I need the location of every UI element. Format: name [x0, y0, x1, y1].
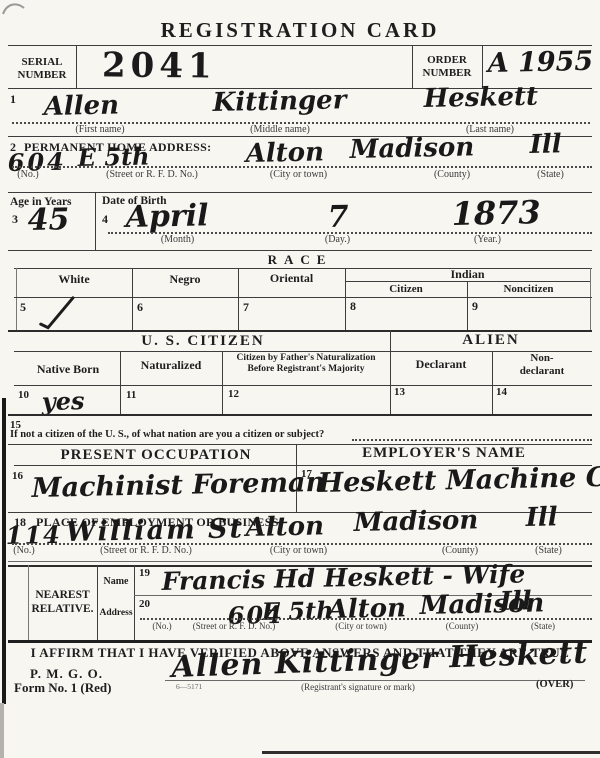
home-city-label: (City or town)	[246, 169, 351, 180]
naturalized-header: Naturalized	[120, 358, 222, 373]
race-negro-header: Negro	[132, 272, 238, 287]
print-code: 6—5171	[176, 682, 202, 691]
home-county-label: (County)	[412, 169, 492, 180]
employment-city-label: (City or town)	[246, 545, 351, 556]
white-checkmark	[35, 295, 79, 332]
line3-number: 3	[12, 212, 18, 227]
scan-edge-artifact-left-lower	[0, 703, 4, 758]
age-value: 45	[27, 202, 69, 238]
us-citizen-header: U. S. CITIZEN	[16, 333, 390, 350]
first-name-value: Allen	[43, 90, 119, 122]
employment-state-label: (State)	[516, 545, 581, 556]
citizen-cell13-number: 13	[394, 386, 405, 398]
race-cell7-number: 7	[243, 300, 249, 315]
employers-name-header: EMPLOYER'S NAME	[296, 445, 592, 462]
line20-number: 20	[139, 598, 150, 610]
race-indian-header: Indian	[345, 267, 590, 282]
rule	[412, 46, 413, 88]
order-number-value: A 1955	[487, 46, 593, 79]
rule	[14, 297, 592, 298]
non-declarant-header: Non-declarant	[510, 352, 574, 377]
dob-month-value: April	[125, 198, 209, 235]
rule	[14, 351, 592, 352]
rule	[8, 250, 592, 251]
line17-number: 17	[301, 468, 312, 480]
relative-city-label: (City or town)	[326, 621, 396, 631]
relative-address-label: Address	[96, 608, 136, 618]
line19-number: 19	[139, 567, 150, 579]
middle-name-label: (Middle name)	[225, 124, 335, 135]
father-naturalization-header: Citizen by Father's Naturalization Befor…	[224, 353, 388, 376]
home-address-state: Ill	[529, 129, 562, 160]
relative-name-label: Name	[98, 576, 134, 587]
employment-no-label: (No.)	[0, 545, 48, 556]
rule	[222, 351, 223, 414]
relative-state: Ill	[499, 586, 532, 617]
rule	[12, 166, 592, 168]
race-cell9-number: 9	[472, 299, 478, 314]
race-cell5-number: 5	[20, 300, 26, 315]
rule	[134, 565, 135, 640]
race-oriental-header: Oriental	[238, 271, 345, 286]
dob-year-value: 1873	[451, 193, 541, 233]
citizen-cell12-number: 12	[228, 388, 239, 400]
employment-city: Alton	[245, 511, 324, 543]
employment-state: Ill	[525, 502, 558, 533]
rule	[8, 45, 592, 46]
line1-number: 1	[10, 92, 16, 107]
home-address-county: Madison	[349, 132, 474, 165]
first-name-label: (First name)	[50, 124, 150, 135]
race-indian-noncitizen-header: Noncitizen	[467, 283, 590, 295]
race-indian-citizen-header: Citizen	[345, 283, 467, 295]
home-no-label: (No.)	[4, 169, 52, 180]
rule	[390, 330, 391, 414]
relative-county-label: (County)	[436, 621, 488, 631]
native-born-header: Native Born	[16, 362, 120, 377]
dob-month-label: (Month)	[135, 234, 220, 245]
occupation-value: Machinist Foreman	[31, 467, 325, 504]
employment-county-label: (County)	[420, 545, 500, 556]
serial-number-stamp: 2041	[102, 45, 217, 86]
home-address-city: Alton	[245, 137, 324, 169]
line16-number: 16	[12, 470, 23, 482]
present-occupation-header: PRESENT OCCUPATION	[16, 447, 296, 464]
race-cell6-number: 6	[137, 300, 143, 315]
rule	[140, 618, 592, 620]
native-born-value: yes	[41, 386, 84, 416]
employment-county: Madison	[353, 505, 478, 538]
employment-street-label: (Street or R. F. D. No.)	[66, 545, 226, 556]
home-street-label: (Street or R. F. D. No.)	[72, 169, 232, 180]
citizen-cell14-number: 14	[496, 386, 507, 398]
form-name: Form No. 1 (Red)	[14, 680, 111, 696]
rule	[8, 414, 592, 416]
citizen-cell10-number: 10	[18, 389, 29, 401]
serial-number-label: SERIAL NUMBER	[10, 56, 74, 81]
card-title: REGISTRATION CARD	[0, 18, 600, 43]
order-number-label: ORDER NUMBER	[414, 54, 480, 79]
rule	[95, 192, 96, 250]
race-white-header: White	[16, 272, 132, 287]
scan-edge-artifact-bottom	[262, 751, 600, 754]
declarant-header: Declarant	[390, 357, 492, 372]
alien-header: ALIEN	[390, 332, 592, 349]
rule	[76, 46, 77, 88]
nearest-relative-label: NEAREST RELATIVE.	[28, 588, 97, 617]
pencil-mark	[1, 1, 27, 17]
relative-street-label: (Street or R. F. D. No.)	[184, 621, 284, 631]
dob-day-value: 7	[327, 200, 349, 235]
dob-year-label: (Year.)	[450, 234, 525, 245]
relative-no-label: (No.)	[142, 621, 182, 631]
last-name-value: Heskett	[423, 82, 538, 114]
rule	[492, 351, 493, 414]
rule	[345, 281, 590, 282]
rule	[482, 46, 483, 88]
race-section-title: RACE	[0, 252, 600, 268]
middle-name-value: Kittinger	[212, 85, 346, 118]
relative-state-label: (State)	[520, 621, 566, 631]
race-cell8-number: 8	[350, 299, 356, 314]
registration-card-scan: REGISTRATION CARD SERIAL NUMBER 2041 ORD…	[0, 0, 600, 758]
home-state-label: (State)	[518, 169, 583, 180]
rule	[165, 680, 585, 681]
rule	[590, 268, 591, 330]
over-label: (OVER)	[536, 679, 573, 690]
line15-question: If not a citizen of the U. S., of what n…	[10, 429, 324, 440]
dob-day-label: (Day.)	[305, 234, 370, 245]
employer-value: Heskett Machine Co	[317, 462, 600, 499]
line4-number: 4	[102, 212, 108, 227]
signature-label: (Registrant's signature or mark)	[268, 682, 448, 692]
citizen-cell11-number: 11	[126, 389, 136, 401]
rule	[352, 439, 592, 441]
